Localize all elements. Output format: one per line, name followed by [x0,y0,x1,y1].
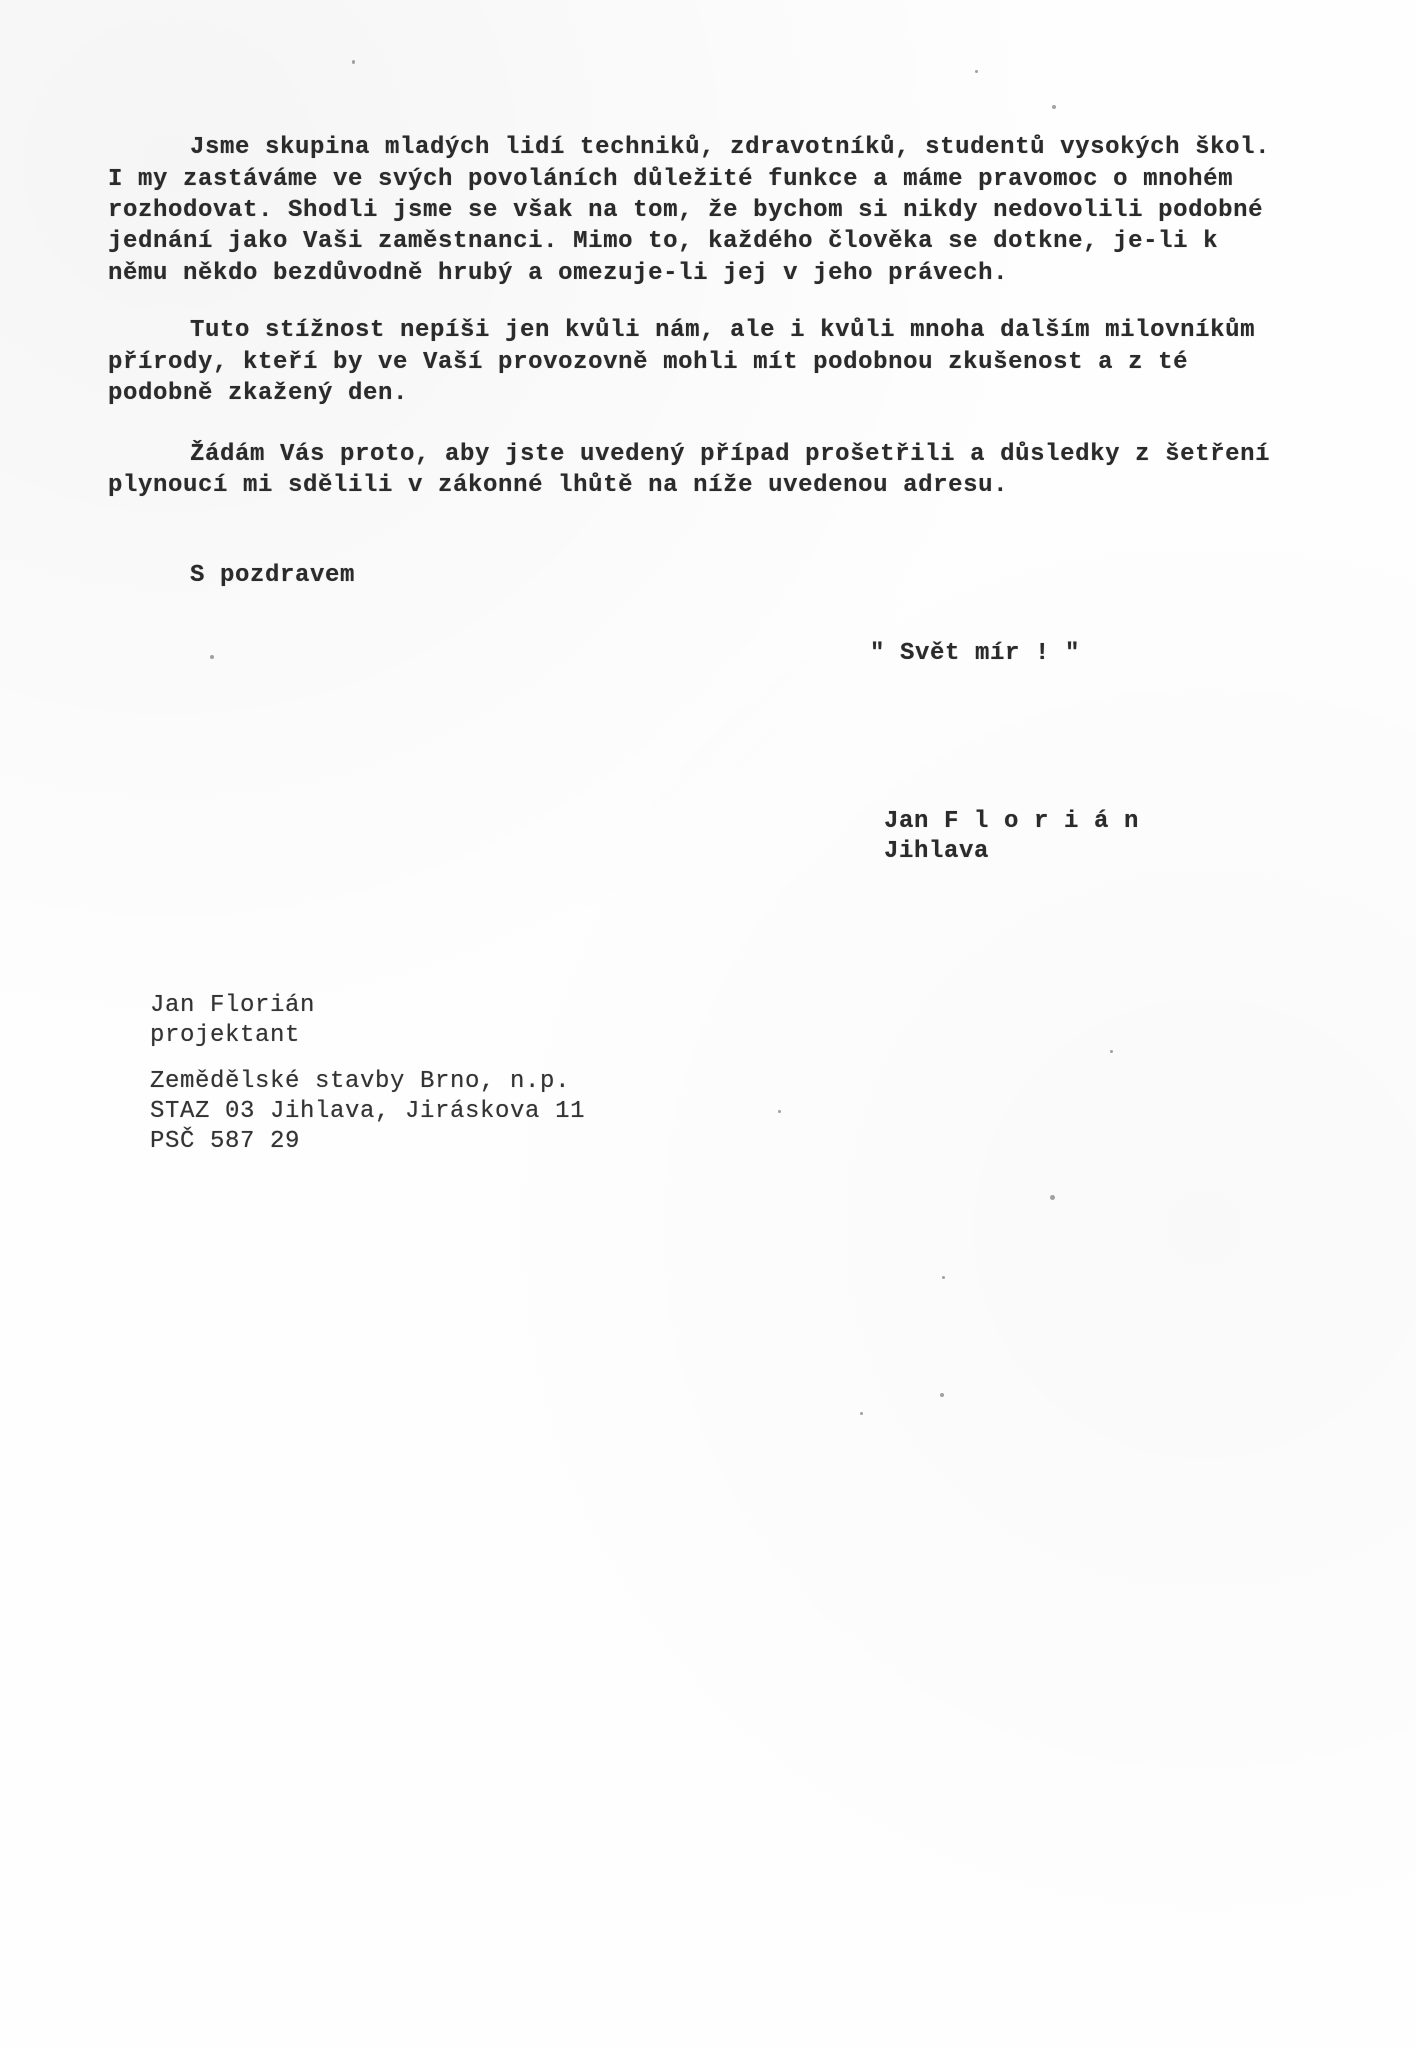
signature-name: Jan F l o r i á n [884,808,1139,835]
typewritten-letter-page: Jsme skupina mladých lidí techniků, zdra… [0,0,1416,2048]
paragraph-1-line-4: jednání jako Vaši zaměstnanci. Mimo to, … [108,228,1218,255]
sender-name: Jan Florián [150,992,315,1019]
paragraph-1-line-1: Jsme skupina mladých lidí techniků, zdra… [190,134,1270,161]
paragraph-3-line-1: Žádám Vás proto, aby jste uvedený případ… [190,441,1270,468]
closing-salutation: S pozdravem [190,562,355,589]
sender-organization: Zemědělské stavby Brno, n.p. [150,1068,570,1095]
paragraph-1-line-5: němu někdo bezdůvodně hrubý a omezuje-li… [108,260,1008,287]
paragraph-2-line-2: přírody, kteří by ve Vaší provozovně moh… [108,349,1188,376]
paragraph-2-line-3: podobně zkažený den. [108,380,408,407]
sender-title: projektant [150,1022,300,1049]
sender-unit-address: STAZ 03 Jihlava, Jiráskova 11 [150,1098,585,1125]
paragraph-3-line-2: plynoucí mi sdělili v zákonné lhůtě na n… [108,472,1008,499]
motto: " Svět mír ! " [870,640,1080,667]
signature-city: Jihlava [884,838,989,865]
paragraph-1-line-2: I my zastáváme ve svých povoláních důlež… [108,166,1233,193]
paragraph-1-line-3: rozhodovat. Shodli jsme se však na tom, … [108,197,1263,224]
sender-postal-code: PSČ 587 29 [150,1128,300,1155]
paragraph-2-line-1: Tuto stížnost nepíši jen kvůli nám, ale … [190,317,1255,344]
